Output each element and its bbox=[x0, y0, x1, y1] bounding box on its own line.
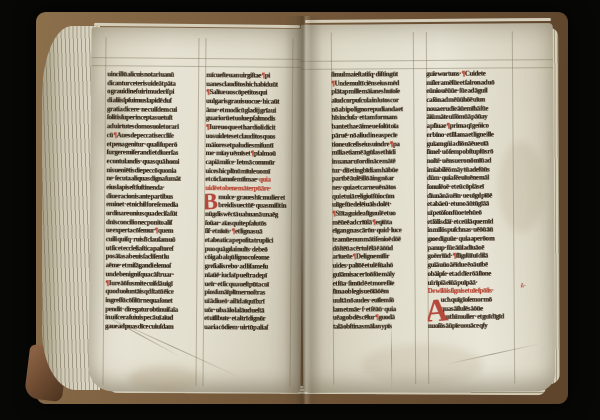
rubricated-initial: A bbox=[426, 293, 448, 326]
right-page-column-b: guīe wortuns· ¶Cuidetemīler amēſūe et ſa… bbox=[426, 70, 516, 333]
marginal-note: ñ· bbox=[521, 283, 526, 289]
text-line: talā obſtinas mālan ypīs bbox=[333, 323, 417, 332]
left-page-column-a: uincillū alicuis notari uanūdicantur cet… bbox=[105, 71, 197, 334]
rubricated-initial: B bbox=[204, 191, 218, 215]
right-page-column-a: ſimul maieſtatiſq· diſtingūt¶Unde multī … bbox=[331, 71, 417, 334]
manuscript-photo: uincillū alicuis notari uanūdicantur cet… bbox=[0, 0, 600, 420]
right-page: ſimul maieſtatiſq· diſtingūt¶Unde multī … bbox=[301, 23, 556, 393]
left-page: uincillū alicuis notari uanūdicantur cet… bbox=[88, 27, 303, 393]
parchment-stain bbox=[361, 344, 483, 387]
left-page-column-b: mīcueſte uan uirgiſtae ¶piuanes claudito… bbox=[204, 72, 293, 335]
text-line: gaue ad puas dīce cuiuſdam bbox=[105, 323, 195, 332]
text-line: uaria cōdiem· uirtūp aliaſ bbox=[204, 324, 291, 333]
parchment-stain bbox=[128, 365, 200, 392]
